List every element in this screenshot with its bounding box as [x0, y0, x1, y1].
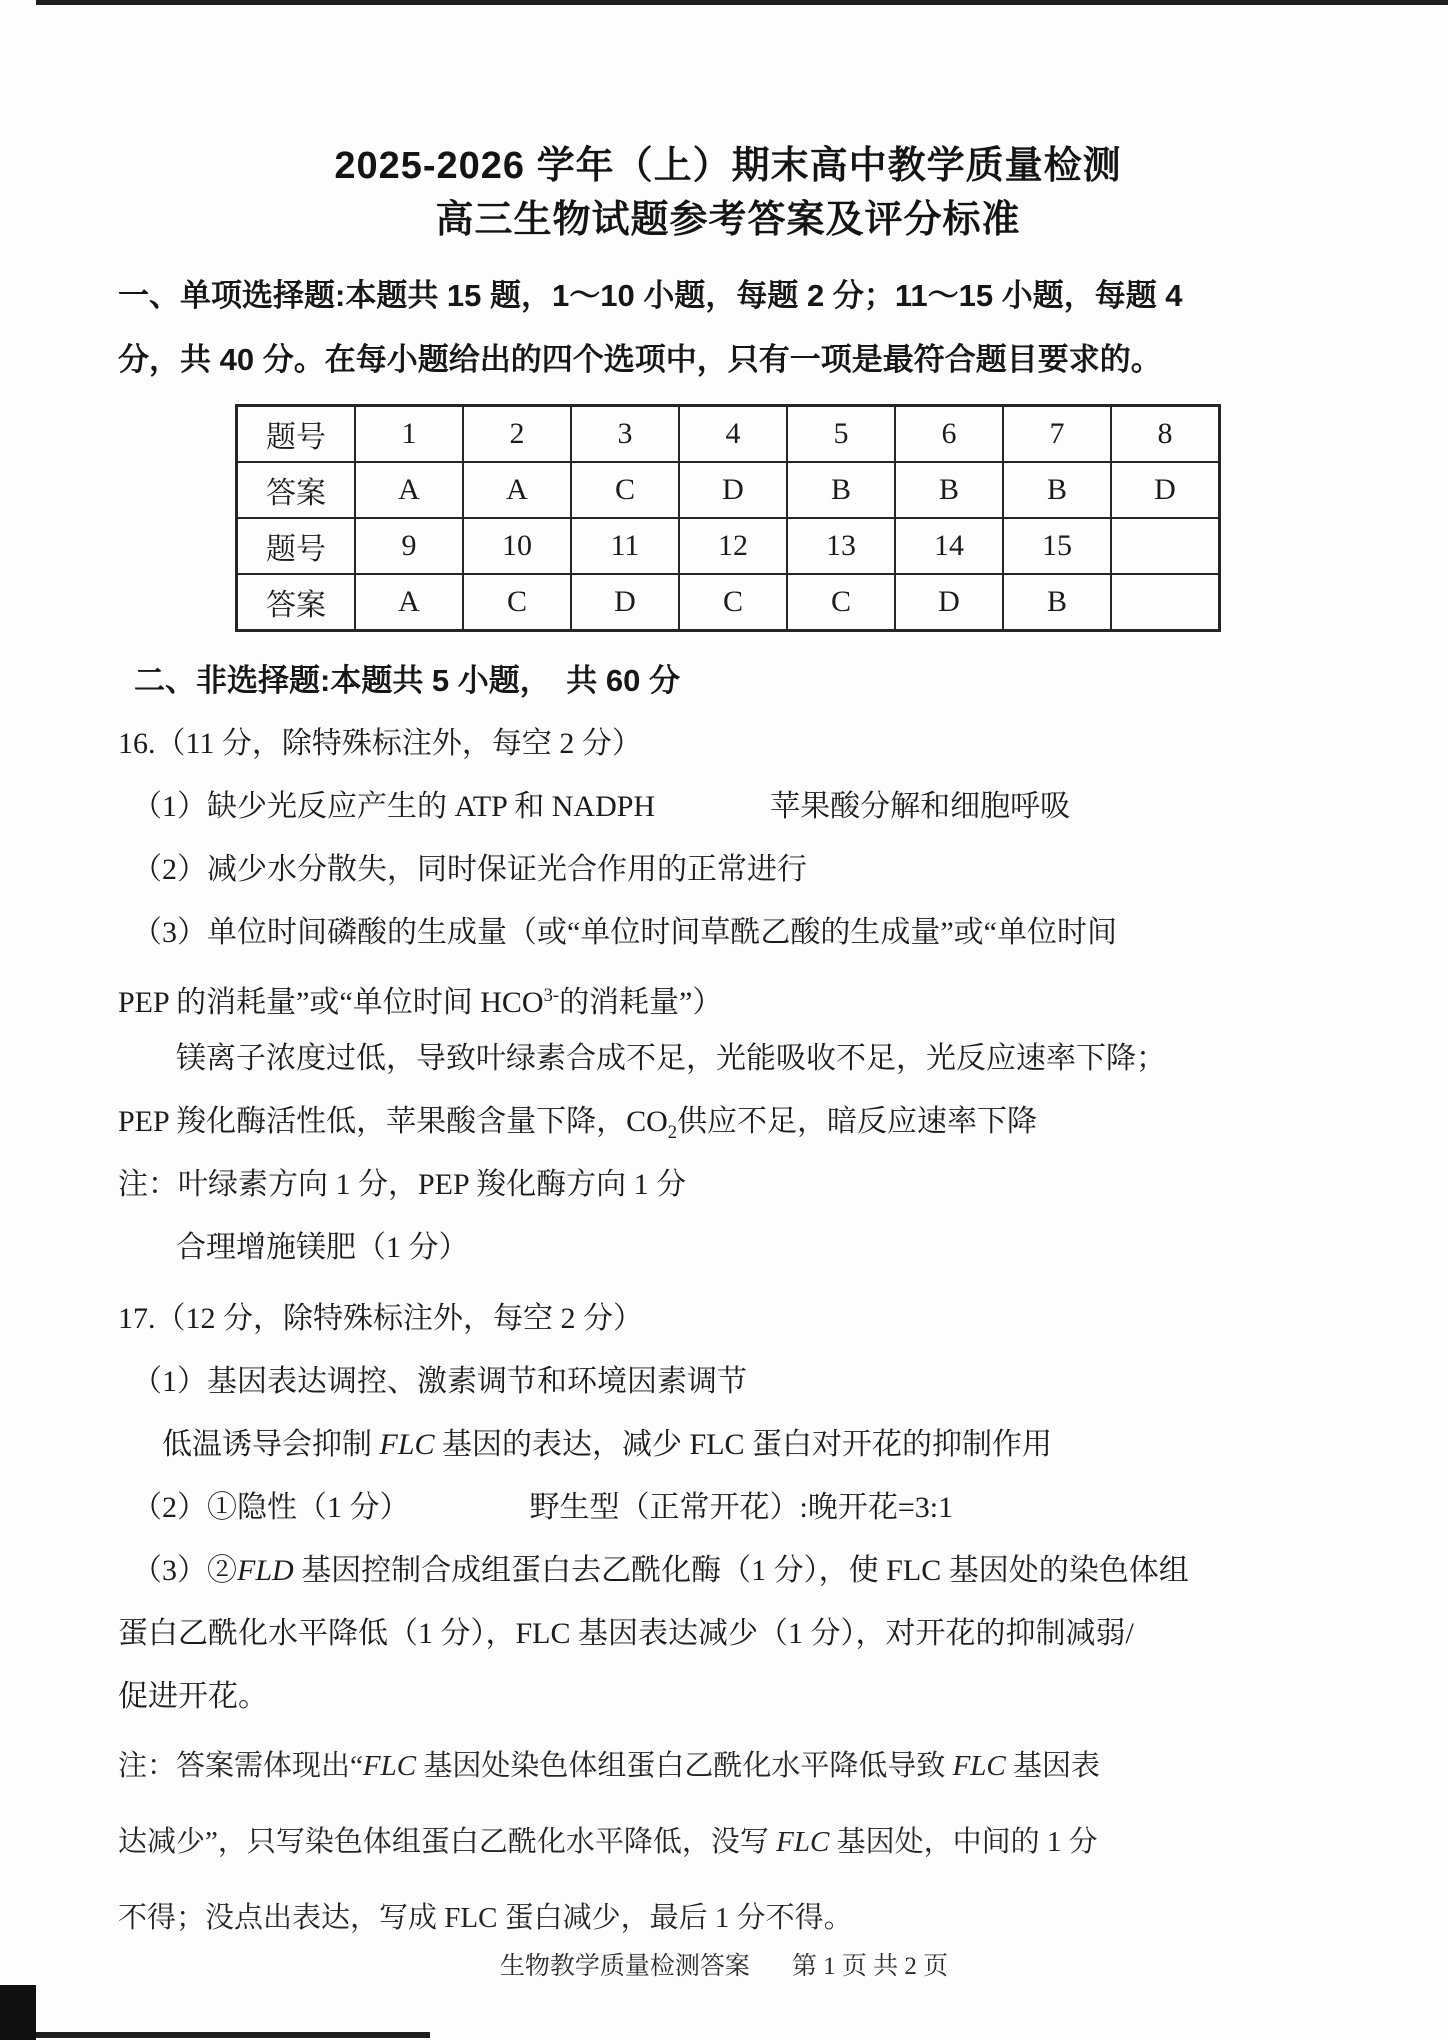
table-cell: A	[355, 574, 463, 631]
text-run: 基因处染色体组蛋白乙酰化水平降低导致	[416, 1750, 953, 1782]
text-run: 注：答案需体现出“	[118, 1750, 363, 1782]
text-run: 基因的表达，减少 FLC 蛋白对开花的抑制作用	[435, 1428, 1053, 1461]
table-cell: D	[679, 462, 787, 518]
table-cell: 7	[1003, 406, 1111, 463]
table-cell: 9	[355, 518, 463, 574]
q17-answer-2: （2）①隐性（1 分）野生型（正常开花）:晚开花=3:1	[118, 1476, 1338, 1539]
subscript: 2	[668, 1122, 677, 1143]
q17-answer-3-line1: （3）②FLD 基因控制合成组蛋白去乙酰化酶（1 分），使 FLC 基因处的染色…	[118, 1539, 1338, 1602]
text-run: 低温诱导会抑制	[162, 1428, 380, 1461]
text-run: 供应不足，暗反应速率下降	[677, 1105, 1037, 1138]
table-cell: 2	[463, 406, 571, 463]
table-row-qnum-1-8: 题号 1 2 3 4 5 6 7 8	[237, 406, 1220, 463]
table-cell: 13	[787, 518, 895, 574]
table-cell: 11	[571, 518, 679, 574]
q16-answer-1-extra: 苹果酸分解和细胞呼吸	[770, 790, 1070, 823]
table-cell	[1111, 574, 1220, 631]
q16-answer-3-line2: PEP 的消耗量”或“单位时间 HCO3-的消耗量”）	[118, 964, 1338, 1027]
gene-name-italic: FLC	[363, 1750, 416, 1782]
table-row-qnum-9-15: 题号 9 10 11 12 13 14 15	[237, 518, 1220, 574]
row-label: 题号	[237, 518, 356, 574]
q17-stem: 17.（12 分，除特殊标注外，每空 2 分）	[118, 1287, 1338, 1350]
q17-note-line1: 注：答案需体现出“FLC 基因处染色体组蛋白乙酰化水平降低导致 FLC 基因表	[118, 1728, 1338, 1804]
text-run: 基因控制合成组蛋白去乙酰化酶（1 分），使 FLC 基因处的染色体组	[294, 1554, 1189, 1587]
q17-answer-1-line2: 低温诱导会抑制 FLC 基因的表达，减少 FLC 蛋白对开花的抑制作用	[118, 1413, 1338, 1476]
table-cell: 1	[355, 406, 463, 463]
page-footer: 生物教学质量检测答案第 1 页 共 2 页	[0, 1946, 1448, 1982]
table-cell: B	[1003, 462, 1111, 518]
row-label: 题号	[237, 406, 356, 463]
row-label: 答案	[237, 574, 356, 631]
text-run: PEP 的消耗量”或“单位时间 HCO	[118, 986, 544, 1019]
row-label: 答案	[237, 462, 356, 518]
table-cell: C	[787, 574, 895, 631]
q16-note-1: 注：叶绿素方向 1 分，PEP 羧化酶方向 1 分	[118, 1153, 1338, 1216]
q17-answer-3-line2: 蛋白乙酰化水平降低（1 分），FLC 基因表达减少（1 分），对开花的抑制减弱/	[118, 1602, 1338, 1665]
q16-answer-2: （2）减少水分散失，同时保证光合作用的正常进行	[118, 838, 1338, 901]
q17-answer-1-line1: （1）基因表达调控、激素调节和环境因素调节	[118, 1350, 1338, 1413]
text-run: （3）②	[132, 1554, 237, 1587]
table-cell: C	[571, 462, 679, 518]
table-cell: 10	[463, 518, 571, 574]
table-cell: 14	[895, 518, 1003, 574]
q16-answer-3-para2-line1: 镁离子浓度过低，导致叶绿素合成不足，光能吸收不足，光反应速率下降；	[118, 1027, 1338, 1090]
scan-artifact-corner	[0, 1985, 36, 2040]
q16-answer-1-main: （1）缺少光反应产生的 ATP 和 NADPH	[132, 790, 655, 823]
table-row-answers-9-15: 答案 A C D C C D B	[237, 574, 1220, 631]
table-cell: 5	[787, 406, 895, 463]
doc-title-line2: 高三生物试题参考答案及评分标准	[118, 196, 1338, 244]
table-cell: B	[895, 462, 1003, 518]
table-cell: 8	[1111, 406, 1220, 463]
table-cell: 15	[1003, 518, 1111, 574]
table-cell: 12	[679, 518, 787, 574]
section1-heading-line2: 分，共 40 分。在每小题给出的四个选项中，只有一项是最符合题目要求的。	[118, 340, 1338, 380]
gene-name-italic: FLC	[380, 1428, 435, 1461]
gene-name-italic: FLC	[953, 1750, 1006, 1782]
q17-answer-3-line3: 促进开花。	[118, 1665, 1338, 1728]
q17-answer-2-main: （2）①隐性（1 分）	[132, 1491, 410, 1524]
text-run: PEP 羧化酶活性低，苹果酸含量下降，CO	[118, 1105, 668, 1138]
table-cell: B	[787, 462, 895, 518]
q17-note-line3: 不得；没点出表达，写成 FLC 蛋白减少，最后 1 分不得。	[118, 1880, 1338, 1956]
q16-answer-3-line1: （3）单位时间磷酸的生成量（或“单位时间草酰乙酸的生成量”或“单位时间	[118, 901, 1338, 964]
table-row-answers-1-8: 答案 A A C D B B B D	[237, 462, 1220, 518]
table-cell: C	[679, 574, 787, 631]
table-cell: 4	[679, 406, 787, 463]
q16-answer-1: （1）缺少光反应产生的 ATP 和 NADPH苹果酸分解和细胞呼吸	[118, 775, 1338, 838]
table-cell: 3	[571, 406, 679, 463]
q17-answer-2-extra: 野生型（正常开花）:晚开花=3:1	[530, 1491, 954, 1524]
section2-heading: 二、非选择题:本题共 5 小题， 共 60 分	[134, 658, 1338, 704]
doc-title-line1: 2025-2026 学年（上）期末高中教学质量检测	[118, 142, 1338, 190]
superscript: 3-	[544, 985, 560, 1006]
text-run: 基因处，中间的 1 分	[829, 1826, 1097, 1858]
text-run: 的消耗量”）	[559, 986, 722, 1019]
table-cell: C	[463, 574, 571, 631]
q17-note-line2: 达减少”，只写染色体组蛋白乙酰化水平降低，没写 FLC 基因处，中间的 1 分	[118, 1804, 1338, 1880]
q16-answer-3-para2-line2: PEP 羧化酶活性低，苹果酸含量下降，CO2供应不足，暗反应速率下降	[118, 1090, 1338, 1153]
footer-page-number: 第 1 页 共 2 页	[792, 1953, 948, 1980]
q16-stem: 16.（11 分，除特殊标注外，每空 2 分）	[118, 712, 1338, 775]
table-cell: D	[571, 574, 679, 631]
gene-name-italic: FLD	[237, 1554, 294, 1587]
table-cell: D	[895, 574, 1003, 631]
scan-artifact-bottom-edge	[0, 2032, 430, 2038]
gene-name-italic: FLC	[776, 1826, 829, 1858]
table-cell: B	[1003, 574, 1111, 631]
table-cell: A	[355, 462, 463, 518]
table-cell: 6	[895, 406, 1003, 463]
table-cell	[1111, 518, 1220, 574]
table-cell: D	[1111, 462, 1220, 518]
q16-note-2: 合理增施镁肥（1 分）	[118, 1216, 1338, 1279]
section1-heading-line1: 一、单项选择题:本题共 15 题，1～10 小题，每题 2 分；11～15 小题…	[118, 276, 1338, 316]
answer-table: 题号 1 2 3 4 5 6 7 8 答案 A A C D B B B D 题号…	[235, 404, 1221, 632]
footer-doc-label: 生物教学质量检测答案	[500, 1953, 750, 1980]
text-run: 达减少”，只写染色体组蛋白乙酰化水平降低，没写	[118, 1826, 776, 1858]
text-run: 基因表	[1006, 1750, 1100, 1782]
table-cell: A	[463, 462, 571, 518]
document-page: 2025-2026 学年（上）期末高中教学质量检测 高三生物试题参考答案及评分标…	[118, 0, 1338, 1956]
